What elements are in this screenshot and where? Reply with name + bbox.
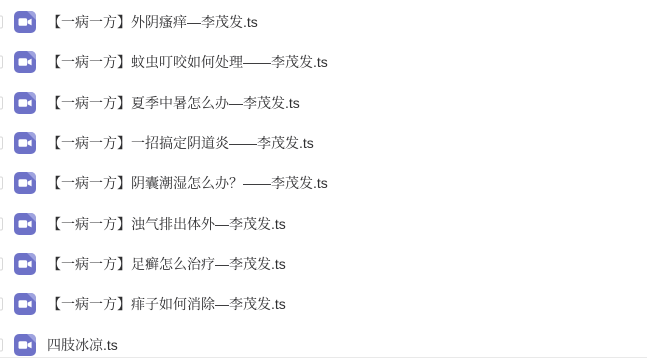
file-name[interactable]: 【一病一方】夏季中暑怎么办—李茂发.ts — [47, 92, 300, 114]
list-divider — [0, 357, 647, 358]
video-file-icon — [14, 92, 36, 114]
file-name[interactable]: 【一病一方】蚊虫叮咬如何处理——李茂发.ts — [47, 51, 328, 73]
row-checkbox[interactable] — [0, 257, 3, 270]
file-name[interactable]: 四肢冰凉.ts — [47, 334, 118, 356]
row-checkbox[interactable] — [0, 56, 3, 69]
file-row[interactable]: 【一病一方】阴囊潮湿怎么办？——李茂发.ts — [0, 163, 647, 203]
video-file-icon — [14, 11, 36, 33]
row-checkbox[interactable] — [0, 338, 3, 351]
row-checkbox[interactable] — [0, 177, 3, 190]
video-file-icon — [14, 334, 36, 356]
file-name[interactable]: 【一病一方】阴囊潮湿怎么办？——李茂发.ts — [47, 172, 328, 194]
file-name[interactable]: 【一病一方】足癣怎么治疗—李茂发.ts — [47, 253, 286, 275]
file-row[interactable]: 【一病一方】夏季中暑怎么办—李茂发.ts — [0, 83, 647, 123]
file-row[interactable]: 【一病一方】一招搞定阴道炎——李茂发.ts — [0, 123, 647, 163]
video-file-icon — [14, 213, 36, 235]
row-checkbox[interactable] — [0, 96, 3, 109]
file-name[interactable]: 【一病一方】外阴瘙痒—李茂发.ts — [47, 11, 258, 33]
file-row[interactable]: 【一病一方】痱子如何消除—李茂发.ts — [0, 284, 647, 324]
file-list: 【一病一方】外阴瘙痒—李茂发.ts 【一病一方】蚊虫叮咬如何处理——李茂发.ts — [0, 2, 647, 363]
row-checkbox[interactable] — [0, 137, 3, 150]
video-file-icon — [14, 253, 36, 275]
file-row[interactable]: 【一病一方】足癣怎么治疗—李茂发.ts — [0, 244, 647, 284]
file-name[interactable]: 【一病一方】一招搞定阴道炎——李茂发.ts — [47, 132, 314, 154]
video-file-icon — [14, 132, 36, 154]
row-checkbox[interactable] — [0, 298, 3, 311]
video-file-icon — [14, 51, 36, 73]
file-name[interactable]: 【一病一方】痱子如何消除—李茂发.ts — [47, 293, 286, 315]
video-file-icon — [14, 293, 36, 315]
file-name[interactable]: 【一病一方】浊气排出体外—李茂发.ts — [47, 213, 286, 235]
row-checkbox[interactable] — [0, 217, 3, 230]
file-row[interactable]: 【一病一方】蚊虫叮咬如何处理——李茂发.ts — [0, 42, 647, 82]
file-row[interactable]: 【一病一方】外阴瘙痒—李茂发.ts — [0, 2, 647, 42]
file-row[interactable]: 【一病一方】浊气排出体外—李茂发.ts — [0, 203, 647, 243]
row-checkbox[interactable] — [0, 16, 3, 29]
video-file-icon — [14, 172, 36, 194]
